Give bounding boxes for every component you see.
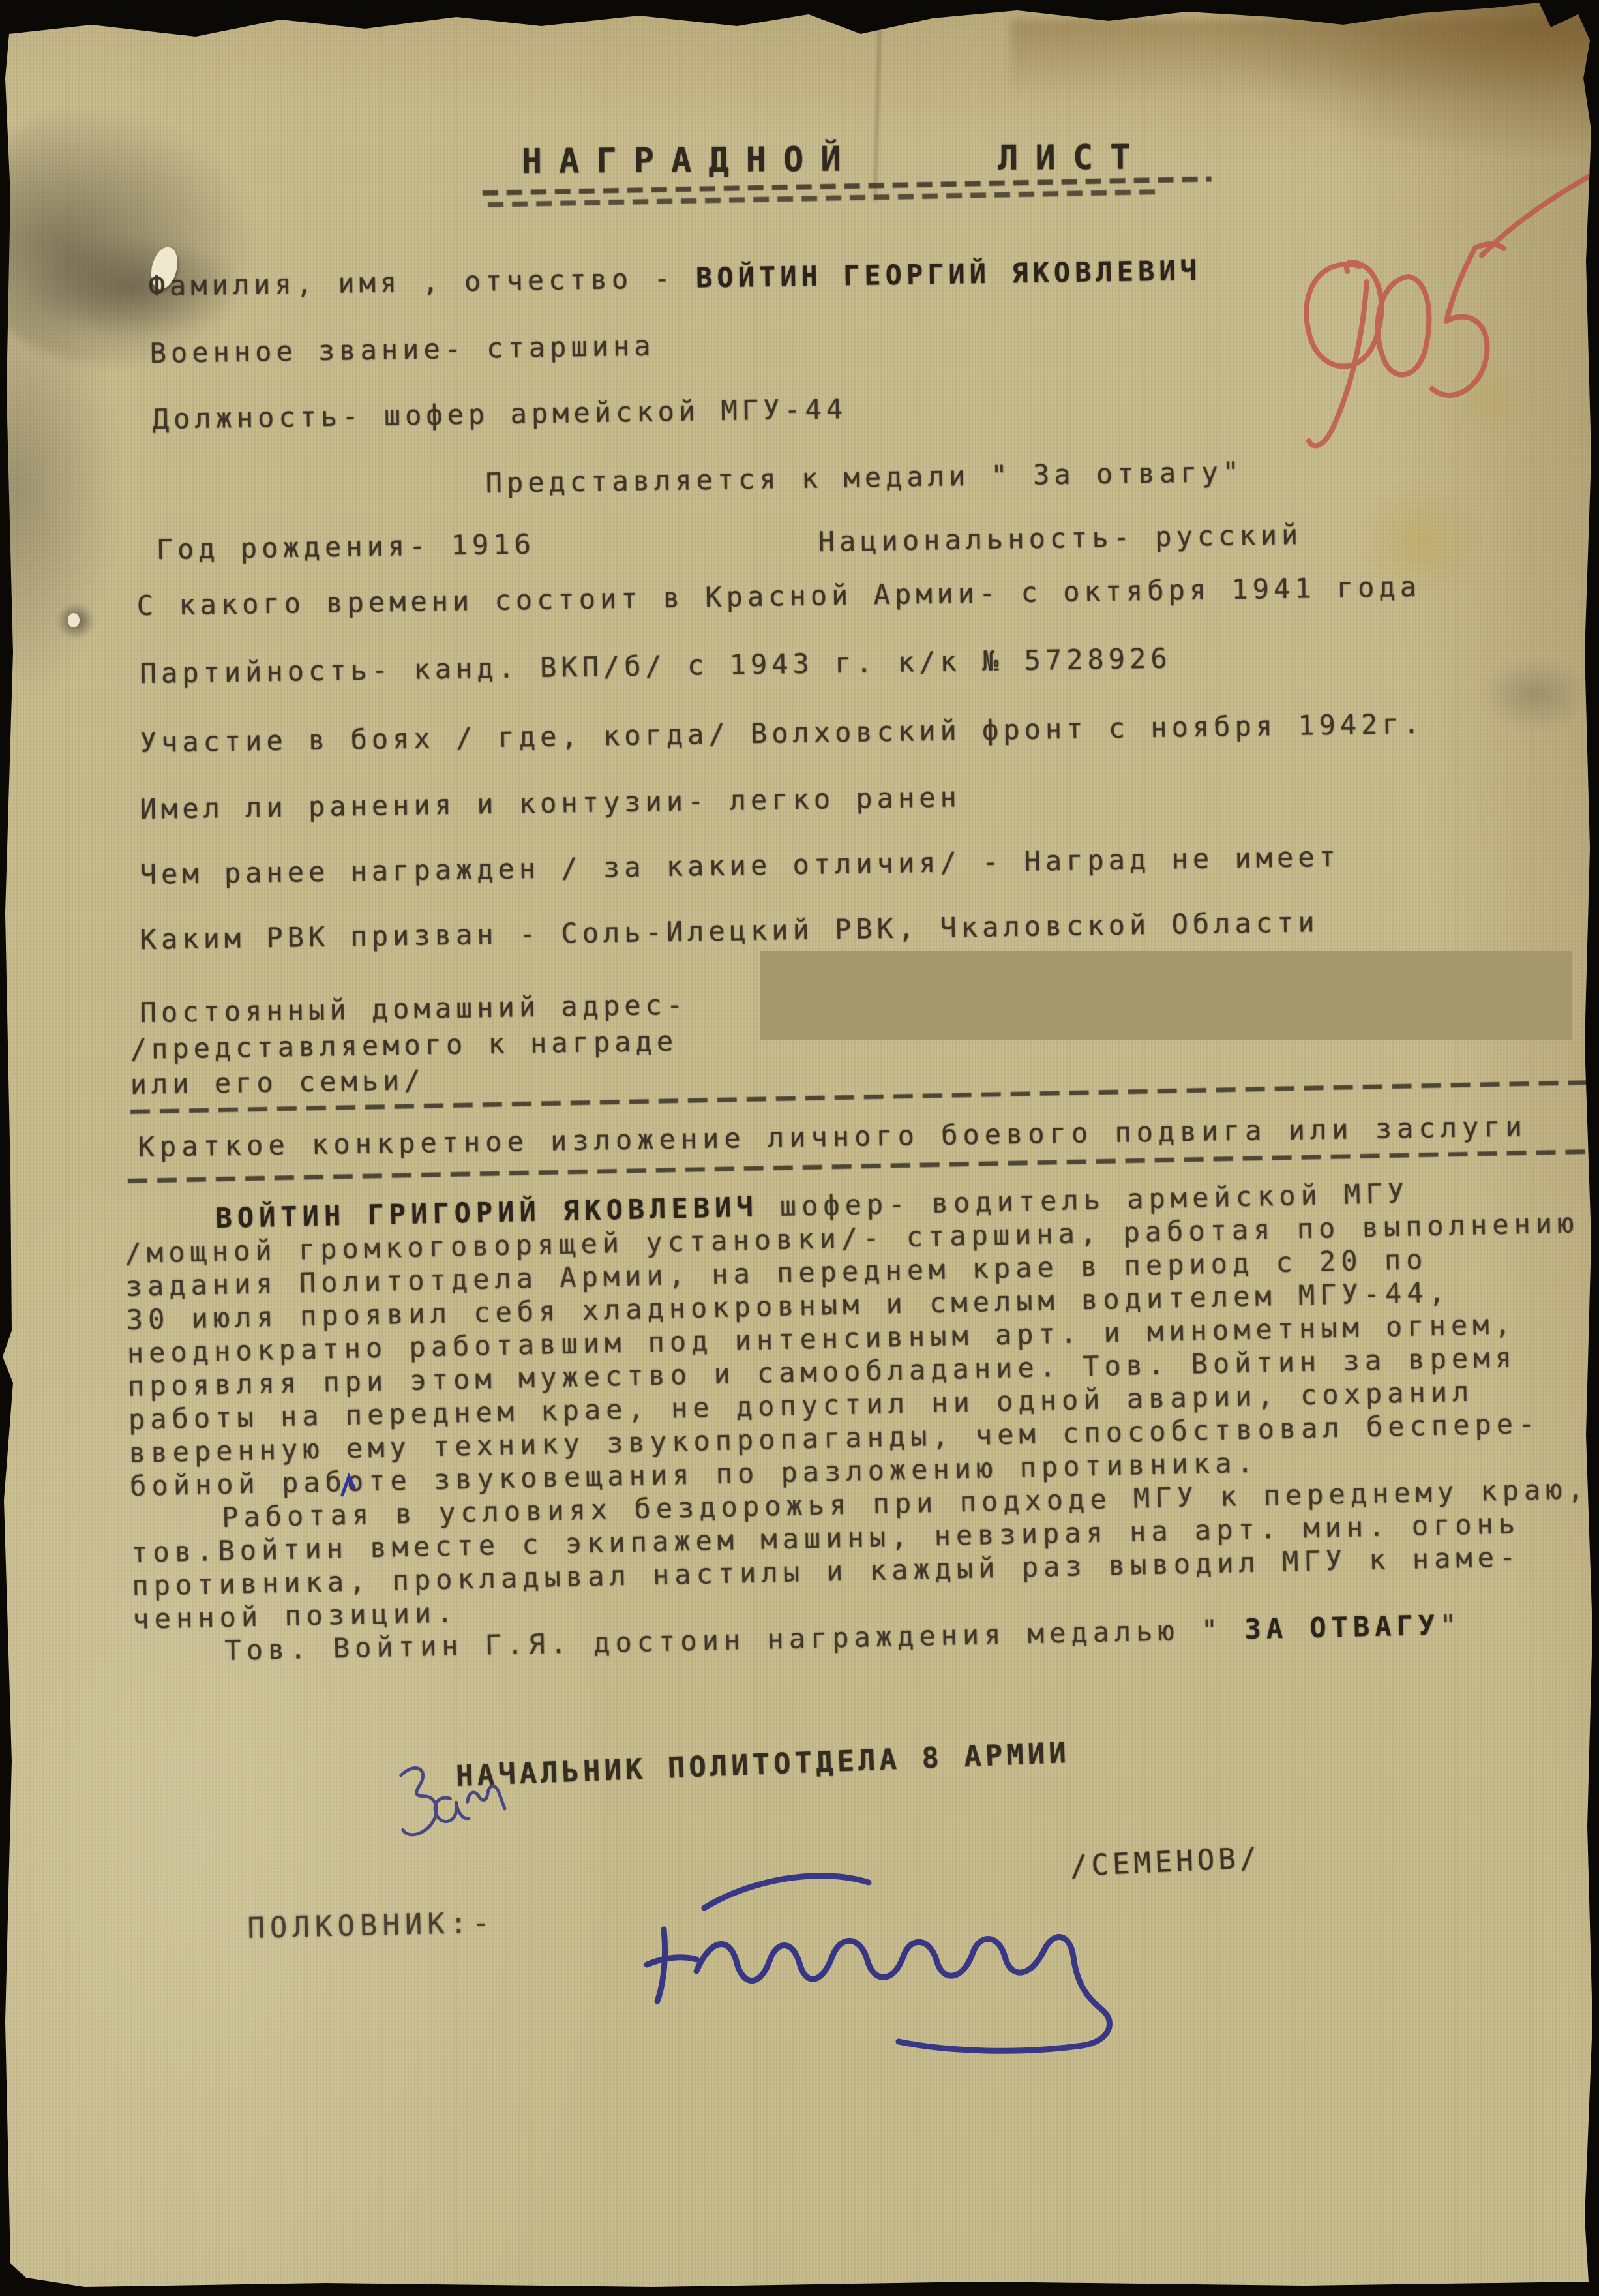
top-edge-stain xyxy=(1011,20,1598,98)
field-previous-awards: Чем ранее награжден / за какие отличия/ … xyxy=(140,843,1340,888)
field-name: Фамилия, имя , отчество - ВОЙТИН ГЕОРГИЙ… xyxy=(148,257,1201,300)
medal-name: ЗА ОТВАГУ xyxy=(1244,1609,1441,1645)
red-page-number xyxy=(1306,171,1599,446)
citation-paragraph: ВОЙТИН ГРИГОРИЙ ЯКОВЛЕВИЧ шофер- водител… xyxy=(124,1173,1599,1669)
approver-name: /СЕМЕНОВ/ xyxy=(1069,1844,1261,1881)
field-party: Партийность- канд. ВКП/б/ с 1943 г. к/к … xyxy=(140,645,1171,687)
field-name-label: Фамилия, имя , отчество - xyxy=(148,262,696,302)
field-battles: Участие в боях / где, когда/ Волховский … xyxy=(140,710,1424,757)
field-rank: Военное звание- старшина xyxy=(149,333,655,367)
yellow-stain-2 xyxy=(1454,365,1526,437)
redaction-box xyxy=(760,951,1572,1040)
field-home-address-3: или его семьи/ xyxy=(130,1066,425,1098)
dark-blot xyxy=(56,603,95,639)
field-wounds: Имел ли ранения и контузии- легко ранен xyxy=(140,783,961,823)
approver-title: НАЧАЛЬНИК ПОЛИТОТДЕЛА 8 АРМИИ xyxy=(455,1739,1070,1791)
field-name-value: ВОЙТИН ГЕОРГИЙ ЯКОВЛЕВИЧ xyxy=(696,254,1202,294)
field-presented: Представляется к медали " За отвагу" xyxy=(485,459,1244,497)
field-home-address-2: /представляемого к награде xyxy=(130,1028,678,1063)
gray-smear-top-left xyxy=(0,104,261,365)
document-title: НАГРАДНОЙ ЛИСТ xyxy=(522,140,1148,179)
approver-rank: ПОЛКОВНИК:- xyxy=(247,1909,495,1943)
field-drafted-by: Каким РВК призван - Соль-Илецкий РВК, Чк… xyxy=(140,909,1319,954)
blot-hole-center xyxy=(68,613,80,627)
field-home-address-1: Постоянный домашний адрес- xyxy=(140,991,687,1027)
document-page: НАГРАДНОЙ ЛИСТ Фамилия, имя , отчество -… xyxy=(0,0,1599,2296)
field-birth-year: Год рождения- 1916 xyxy=(156,530,535,564)
field-position: Должность- шофер армейской МГУ-44 xyxy=(152,395,847,433)
field-in-army-since: С какого времени состоит в Красной Армии… xyxy=(136,573,1421,620)
gray-smudge-right xyxy=(1480,659,1591,731)
field-nationality: Национальность- русский xyxy=(818,521,1302,556)
gray-smear-left-edge xyxy=(0,280,117,698)
red-pencil-tail xyxy=(1482,171,1599,256)
signature-scrawl[interactable] xyxy=(647,1876,1109,2051)
conclusion-post: " xyxy=(1439,1609,1461,1641)
paper-sheet: НАГРАДНОЙ ЛИСТ Фамилия, имя , отчество -… xyxy=(0,0,1599,2296)
